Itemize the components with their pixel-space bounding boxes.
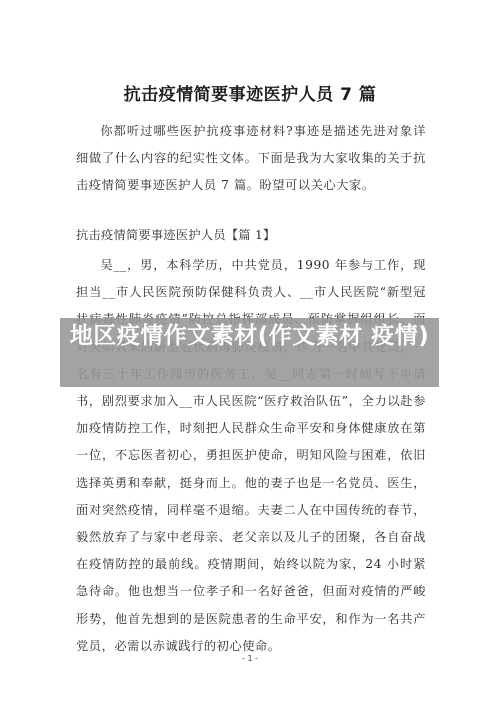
page-number: - 1 - xyxy=(0,654,500,663)
overlay-title-banner[interactable]: 地区疫情作文素材(作文素材 疫情) xyxy=(60,318,439,387)
section-body-paragraph: 吴__，男，本科学历，中共党员，1990 年参与工作，现担当__市人民医院预防保… xyxy=(76,252,426,660)
intro-paragraph: 你都听过哪些医护抗疫事迹材料?事迹是描述先进对象详细做了什么内容的纪实性文体。下… xyxy=(76,118,426,199)
document-title: 抗击疫情简要事迹医护人员 7 篇 xyxy=(0,80,500,105)
section-heading: 抗击疫情简要事迹医护人员【篇 1】 xyxy=(76,226,276,243)
